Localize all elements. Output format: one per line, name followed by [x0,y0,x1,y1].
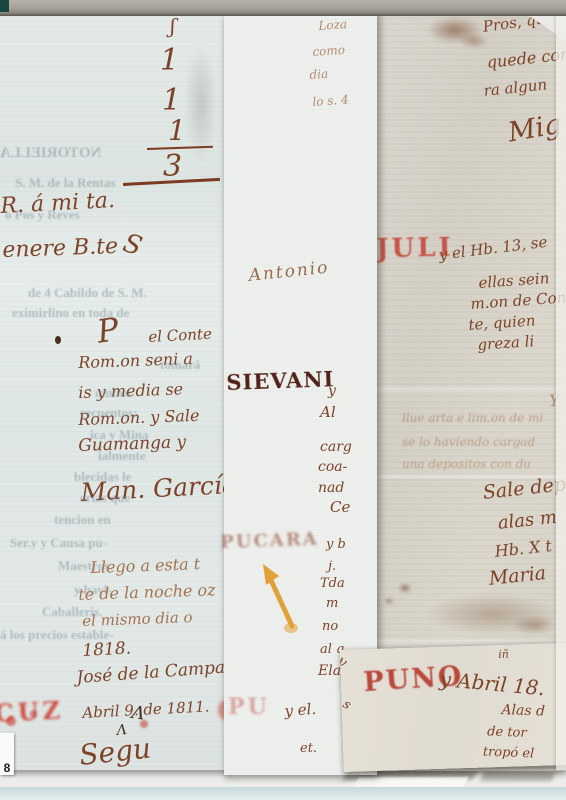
sievani-stamp: SIEVANI [226,368,335,393]
flourish-curl: ʃ [170,16,175,36]
tally-rule [147,146,213,150]
backing-strip [0,787,566,800]
script-fragment: carg [320,440,352,454]
manuscript-line: ellas sein [478,271,550,291]
manuscript-line: te, quien [468,313,536,333]
brown-stain [512,615,557,635]
edge-script: s [340,698,353,713]
manuscript-line: te de la noche oz [78,582,216,603]
pucara-stamp: PUCARA [220,531,319,552]
manuscript-line: ra algun [483,77,548,99]
seal-bleed-smudge [185,44,217,162]
juli-stamp: JULI [376,235,454,262]
bleed-line: se lo haviendo cargad [402,436,535,448]
bleed-print-line: o Pos y Reves [5,208,80,221]
script-fragment: Ela [318,664,341,678]
script-fragment: j. [328,560,336,573]
manuscript-line: tropó el [483,746,535,761]
script-fragment: coa- [318,460,347,474]
manuscript-line: Rom.on seni a [78,351,193,371]
bleed-print-line: blecidas le [74,470,131,483]
tally-digit: 1 [162,86,181,116]
script-fragment: Tda [320,577,345,590]
puno-date: y Abril 18. [439,669,546,698]
manuscript-line: Maria [488,564,547,589]
puno-fragment: y s PUNO iñ y Abril 18. Alas d de tor tr… [340,643,566,772]
ink-dot [55,336,61,344]
signature-garcia: Man. García [80,472,232,505]
signature-campa: José de la Campa [76,660,226,687]
fold-crease [359,475,566,478]
flourish: S [120,230,145,260]
script-fragment: y el. [284,702,317,719]
tiny-mark: iñ [498,649,509,660]
signature-flourish: Mig [506,111,563,147]
scan-right-edge [556,16,566,770]
brown-stain [427,16,483,44]
manuscript-line: el mismo dia o [82,610,193,629]
script-fragment: nad [318,481,344,495]
ink-mark: Λ [116,723,128,738]
corner-label: 8 [0,733,14,775]
cuzco-stamp: CUZ [0,698,65,726]
red-ink-blob [6,716,16,726]
manuscript-line: quede con [486,46,566,71]
brown-stain [459,33,489,49]
bleed-print-line: erias que [80,491,130,504]
faint-line: dia [309,68,328,81]
ink-mark: Λ [130,704,145,724]
manuscript-line: is y media se [78,381,183,401]
manuscript-line: Alas d [501,703,545,719]
manuscript-line: el Conte [148,327,212,345]
bleed-print-line: eximirlino en toda de [12,306,129,319]
edge-script: y [340,654,349,670]
bleed-print-line: Ser.y y Causa pu- [10,536,107,549]
script-fragment: et. [300,742,317,755]
faint-line: Loza [318,18,347,32]
bleed-print-line: á los precios estable- [0,628,114,641]
pu-stamp-faded: PU [228,696,270,718]
manuscript-line: Hb. X t [494,538,553,560]
bleed-print-line: ialmente [98,449,146,462]
manuscript-line: de tor [487,725,527,740]
bleed-line: una depositos con du [402,458,531,470]
red-ink-blob [140,720,148,728]
manuscript-line: enere B.te [2,236,118,262]
bleed-print-line: Maestros. [58,559,112,572]
bleed-line: llue arta e lim.on de mi [402,412,543,424]
left-cover: ʃ 1 1 1 3 NOTORIELLA S. M. de la Rentas … [0,16,232,770]
faint-line: como [312,44,345,58]
script-fragment: no [322,620,338,633]
script-fragment: Ce [330,500,350,515]
manuscript-line: alas m [497,509,558,533]
fold-crease [359,388,566,391]
manuscript-line: Rom.on. y Sale [78,408,200,428]
bleed-print-line: tencion en [54,513,111,526]
bleed-print-line: tomará [160,358,200,371]
antonio-inscription: Antonio [248,260,330,285]
manuscript-line: Llego a esta t [90,556,200,576]
tally-sum: 3 [163,152,182,182]
script-fragment: Al [320,405,336,420]
manuscript-line: greza li [477,334,535,353]
manuscript-line: m.on de Con [470,290,566,312]
brown-stain [384,597,394,605]
script-fragment: m [326,597,338,610]
manuscript-line: Sale dep [482,475,566,503]
brown-stain [398,583,412,593]
bleed-print-line: ombre [95,386,131,399]
backing-shadow [480,771,556,781]
flourish-initial: P [95,313,121,348]
bleed-print-line: S. M. de la Rentas [15,176,115,189]
tally-digit: 1 [168,117,186,145]
bleed-print-line: ica y Mina [90,428,149,441]
bleed-print-line: recuentos: [80,406,138,419]
manuscript-line: Guamanga y [78,434,186,455]
manuscript-line: y el Hb. 13, se [438,235,548,263]
scanned-postal-covers: ʃ 1 1 1 3 NOTORIELLA S. M. de la Rentas … [0,0,566,800]
bleed-print-line: de 4 Cabildo de S. M. [28,286,147,299]
backing-highlight [353,777,469,787]
scan-top-edge [0,0,566,16]
script-fragment: y [328,384,336,398]
fold-crease [359,640,566,643]
tally-digit: 1 [160,46,179,76]
script-fragment: y b [326,538,346,551]
manuscript-flourish: Segu [78,735,152,770]
bleed-print-line: Caballeris. [42,605,102,618]
tally-flourish-rule [123,178,220,186]
year-1818: 1818. [82,640,131,660]
date-abril-1811: Abril 9. de 1811. [82,699,210,721]
corner-label-text: 8 [4,761,11,775]
brown-streak [425,593,560,635]
teal-corner-mark [0,0,9,12]
red-ink-blob [30,710,37,718]
manuscript-line: R. á mi ta. [0,190,116,218]
bleed-print-line: y havi- [74,583,112,596]
faint-line: lo s. 4 [312,93,349,108]
bleed-print-mirrored: NOTORIELLA [0,146,101,161]
